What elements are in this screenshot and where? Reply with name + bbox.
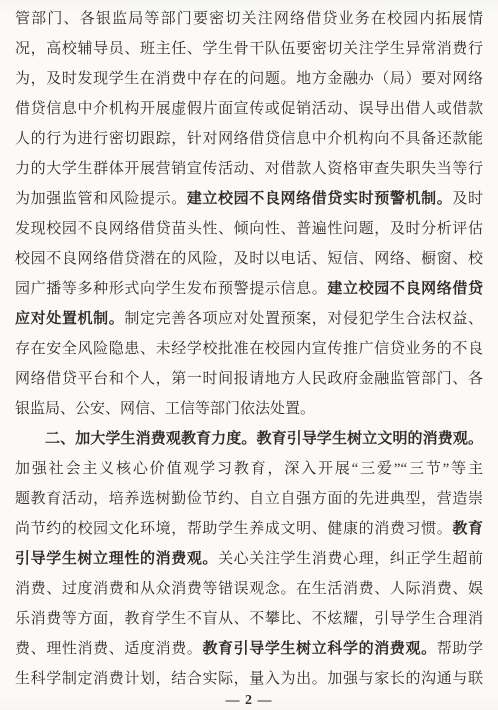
text-run: 网络借贷平台和个人，第一时间报请地方人民政府金融监管部门、各	[15, 371, 483, 387]
text-line: 存在安全风险隐患、未经学校批准在校园内宣传推广信贷业务的不良	[15, 334, 483, 364]
text-run: 关心关注学生消费心理，纠正学生超前	[218, 551, 483, 567]
text-line: 借贷信息中介机构开展虚假片面宣传或促销活动、误导出借人或借款	[15, 94, 483, 124]
text-run: 况，高校辅导员、班主任、学生骨干队伍要密切关注学生异常消费行	[15, 41, 483, 57]
text-line: 人的行为进行密切跟踪，针对网络借贷信息中介机构向不具备还款能	[15, 124, 483, 154]
text-line: 乐消费等方面，教育学生不盲从、不攀比、不炫耀，引导学生合理消	[15, 604, 483, 634]
text-line: 校园不良网络借贷潜在的风险，及时以电话、短信、网络、橱窗、校	[15, 244, 483, 274]
text-line: 网络借贷平台和个人，第一时间报请地方人民政府金融监管部门、各	[15, 364, 483, 394]
text-run: 为，及时发现学生在消费中存在的问题。地方金融办（局）要对网络	[15, 71, 483, 87]
text-line: 二、加大学生消费观教育力度。教育引导学生树立文明的消费观。	[15, 424, 483, 454]
text-line: 题教育活动，培养选树勤俭节约、自立自强方面的先进典型，营造崇	[15, 484, 483, 514]
text-line: 尚节约的校园文化环境，帮助学生养成文明、健康的消费习惯。教育	[15, 514, 483, 544]
text-run: 生科学制定消费计划，结合实际，量入为出。加强与家长的沟通与联	[15, 671, 483, 687]
text-line: 生科学制定消费计划，结合实际，量入为出。加强与家长的沟通与联	[15, 664, 483, 694]
text-run: 借贷信息中介机构开展虚假片面宣传或促销活动、误导出借人或借款	[15, 101, 483, 117]
text-run-bold: 引导学生树立理性的消费观。	[15, 550, 218, 567]
text-run: 校园不良网络借贷潜在的风险，及时以电话、短信、网络、橱窗、校	[15, 251, 483, 267]
text-run-bold: 应对处置机制。	[15, 310, 124, 327]
text-run-bold: 教育	[452, 520, 483, 537]
text-run: 尚节约的校园文化环境，帮助学生养成文明、健康的消费习惯。	[15, 521, 452, 537]
text-line: 银监局、公安、网信、工信等部门依法处置。	[15, 394, 483, 424]
text-run: 管部门、各银监局等部门要密切关注网络借贷业务在校园内拓展情	[15, 11, 483, 27]
text-run: 加强社会主义核心价值观学习教育，深入开展“三爱”“三节”等主	[15, 461, 483, 477]
text-run-bold: 建立校园不良网络借贷实时预警机制。	[187, 190, 453, 207]
text-line: 加强社会主义核心价值观学习教育，深入开展“三爱”“三节”等主	[15, 454, 483, 484]
text-run: 及时	[452, 191, 483, 207]
text-run: 乐消费等方面，教育学生不盲从、不攀比、不炫耀，引导学生合理消	[15, 611, 483, 627]
text-run: 园广播等多种形式向学生发布预警提示信息。	[15, 281, 327, 297]
document-text: 管部门、各银监局等部门要密切关注网络借贷业务在校园内拓展情况，高校辅导员、班主任…	[15, 4, 483, 694]
text-run-bold: 建立校园不良网络借贷	[327, 280, 483, 297]
document-page: 管部门、各银监局等部门要密切关注网络借贷业务在校园内拓展情况，高校辅导员、班主任…	[0, 0, 498, 710]
text-run-bold: 二、加大学生消费观教育力度。教育引导学生树立文明的消费观。	[45, 430, 483, 447]
text-run: 存在安全风险隐患、未经学校批准在校园内宣传推广信贷业务的不良	[15, 341, 483, 357]
text-run: 银监局、公安、网信、工信等部门依法处置。	[15, 401, 315, 417]
text-line: 管部门、各银监局等部门要密切关注网络借贷业务在校园内拓展情	[15, 4, 483, 34]
text-run: 制定完善各项应对处置预案，对侵犯学生合法权益、	[124, 311, 483, 327]
text-line: 力的大学生群体开展营销宣传活动、对借款人资格审查失职失当等行	[15, 154, 483, 184]
text-line: 消费、过度消费和从众消费等错误观念。在生活消费、人际消费、娱	[15, 574, 483, 604]
text-run: 帮助学	[437, 641, 483, 657]
page-footer: — 2 —	[0, 694, 498, 708]
page-number: — 2 —	[226, 693, 273, 708]
text-run: 力的大学生群体开展营销宣传活动、对借款人资格审查失职失当等行	[15, 161, 483, 177]
text-run: 题教育活动，培养选树勤俭节约、自立自强方面的先进典型，营造崇	[15, 491, 483, 507]
text-run-bold: 教育引导学生树立科学的消费观。	[202, 640, 436, 657]
text-line: 况，高校辅导员、班主任、学生骨干队伍要密切关注学生异常消费行	[15, 34, 483, 64]
text-line: 发现校园不良网络借贷苗头性、倾向性、普遍性问题，及时分析评估	[15, 214, 483, 244]
text-line: 应对处置机制。制定完善各项应对处置预案，对侵犯学生合法权益、	[15, 304, 483, 334]
text-line: 费、理性消费、适度消费。教育引导学生树立科学的消费观。帮助学	[15, 634, 483, 664]
text-line: 为加强监管和风险提示。建立校园不良网络借贷实时预警机制。及时	[15, 184, 483, 214]
text-run: 为加强监管和风险提示。	[15, 191, 187, 207]
text-run: 发现校园不良网络借贷苗头性、倾向性、普遍性问题，及时分析评估	[15, 221, 483, 237]
text-line: 园广播等多种形式向学生发布预警提示信息。建立校园不良网络借贷	[15, 274, 483, 304]
text-run: 费、理性消费、适度消费。	[15, 641, 202, 657]
text-run: 消费、过度消费和从众消费等错误观念。在生活消费、人际消费、娱	[15, 581, 483, 597]
text-line: 为，及时发现学生在消费中存在的问题。地方金融办（局）要对网络	[15, 64, 483, 94]
text-line: 引导学生树立理性的消费观。关心关注学生消费心理，纠正学生超前	[15, 544, 483, 574]
text-run: 人的行为进行密切跟踪，针对网络借贷信息中介机构向不具备还款能	[15, 131, 483, 147]
